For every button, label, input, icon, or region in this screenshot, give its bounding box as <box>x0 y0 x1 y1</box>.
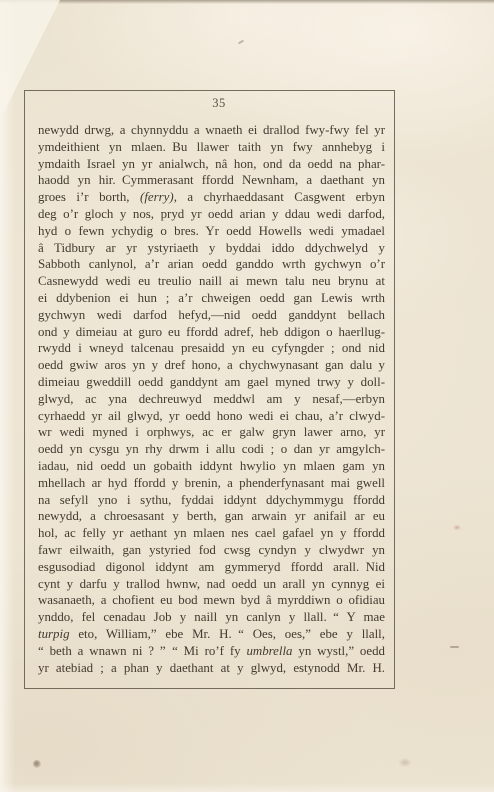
text-line: gychwyn wedi darfod hefyd,—nid oedd gand… <box>38 307 385 324</box>
text-line: mhellach ar hyd ffordd y brenin, a phend… <box>38 475 385 492</box>
text-line: ymdaith Israel yn yr anialwch, nâ hon, o… <box>38 156 385 173</box>
paper-speck <box>452 524 462 531</box>
text-line: hol, ac felly yr aethant yn mlaen nes ca… <box>38 525 385 542</box>
text-line: haodd yn hir. Cymmerasant ffordd Newnham… <box>38 172 385 189</box>
text-line: deg o’r gloch y nos, pryd yr oedd arian … <box>38 206 385 223</box>
text-line: groes i’r borth, (ferry), a chyrhaeddasa… <box>38 189 385 206</box>
text-line: newydd, a chroesasant y berth, gan arwai… <box>38 508 385 525</box>
text-line: Casnewydd wedi eu treulio naill ai mewn … <box>38 273 385 290</box>
text-line: oedd gwiw aros yn y dref hono, a chychwy… <box>38 357 385 374</box>
text-line: ymdeithient yn mlaen. Bu llawer taith yn… <box>38 139 385 156</box>
paper-fiber <box>238 40 244 45</box>
paper-smudge <box>397 757 413 768</box>
page-text: newydd drwg, a chynnyddu a wnaeth ei dra… <box>38 122 385 676</box>
scanned-page: 35 newydd drwg, a chynnyddu a wnaeth ei … <box>0 0 494 792</box>
text-line: ond y dimeiau at guro eu ffordd adref, h… <box>38 324 385 341</box>
text-line: yr atebiad ; a phan y daethant at y glwy… <box>38 660 385 677</box>
text-line: iadau, nid oedd un gobaith iddynt hwylio… <box>38 458 385 475</box>
page-number: 35 <box>44 96 394 111</box>
text-line: ei ddybenion ei hun ; a’r chweigen oedd … <box>38 290 385 307</box>
text-line: cynt y darfu y trallod hwnw, nad oedd un… <box>38 576 385 593</box>
text-line: newydd drwg, a chynnyddu a wnaeth ei dra… <box>38 122 385 139</box>
text-line: â Tidbury ar yr ystyriaeth y byddai iddo… <box>38 240 385 257</box>
text-line: “ beth a wnawn ni ? ” “ Mi ro’f fy umbre… <box>38 643 385 660</box>
text-line: rwydd i wneyd talcenau presaidd yn eu cy… <box>38 340 385 357</box>
text-line: wasanaeth, a chofient eu bod mewn byd â … <box>38 592 385 609</box>
text-line: hyd o fewn ychydig o bres. Yr oedd Howel… <box>38 223 385 240</box>
text-line: dimeiau gweddill oedd ganddynt am gael m… <box>38 374 385 391</box>
ink-blemish <box>33 760 41 768</box>
text-frame: 35 newydd drwg, a chynnyddu a wnaeth ei … <box>24 90 395 689</box>
text-line: esgusodiad digonol iddynt am gymmeryd ff… <box>38 559 385 576</box>
text-line: oedd yn cysgu yn rhy drwm i allu codi ; … <box>38 441 385 458</box>
text-line: ynddo, fel cenadau Job y naill yn canlyn… <box>38 609 385 626</box>
text-line: Sabboth canlynol, a’r arian oedd ganddo … <box>38 256 385 273</box>
text-line: glwyd, ac yna dechreuwyd meddwl am y nes… <box>38 391 385 408</box>
text-line: turpig eto, William,” ebe Mr. H. “ Oes, … <box>38 626 385 643</box>
stray-mark <box>450 646 459 648</box>
text-line: na sefyll yno i sythu, fyddai iddynt ddy… <box>38 492 385 509</box>
text-line: cyrhaedd yr ail glwyd, yr oedd hono wedi… <box>38 408 385 425</box>
text-line: fawr eilwaith, gan ystyried fod cwsg cyn… <box>38 542 385 559</box>
text-line: wr wedi myned i orphwys, ac er galw gryn… <box>38 424 385 441</box>
